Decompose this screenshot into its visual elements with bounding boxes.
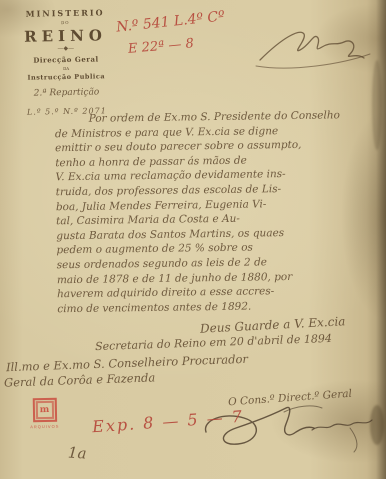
letterhead-reino: REINO [11, 26, 119, 46]
red-registry-number-line1: N.º 541 L.4º Cº [115, 8, 225, 35]
red-registry-number-line2: E 22ª — 8 [127, 36, 194, 57]
letterhead: MINISTERIO DO REINO —◆— Direcção Geral D… [11, 7, 121, 117]
letter-body: Por ordem de Ex.mo S. Presidente do Cons… [55, 108, 382, 317]
archive-stamp: m ARQUIVOS [30, 398, 60, 430]
letterhead-direccao-geral: Direcção Geral [12, 54, 120, 65]
letterhead-reparticao: 2.ª Repartição [12, 87, 120, 99]
closing-place-date: Secretaria do Reino em 20 d'abril de 189… [95, 332, 332, 353]
letterhead-instruccao-publica: Instrucção Publica [12, 72, 120, 82]
letterhead-ministry: MINISTERIO [11, 7, 119, 19]
letterhead-ornament: —◆— [12, 45, 120, 53]
archive-stamp-caption: ARQUIVOS [30, 424, 59, 430]
archive-stamp-monogram: m [40, 405, 50, 415]
pen-mark: 1a [67, 443, 87, 462]
paraph-signature [252, 20, 377, 78]
letterhead-da: DA [12, 65, 120, 72]
scanned-letter-page: MINISTERIO DO REINO —◆— Direcção Geral D… [0, 0, 386, 479]
archive-stamp-box: m [32, 398, 56, 422]
letterhead-do: DO [11, 19, 119, 26]
